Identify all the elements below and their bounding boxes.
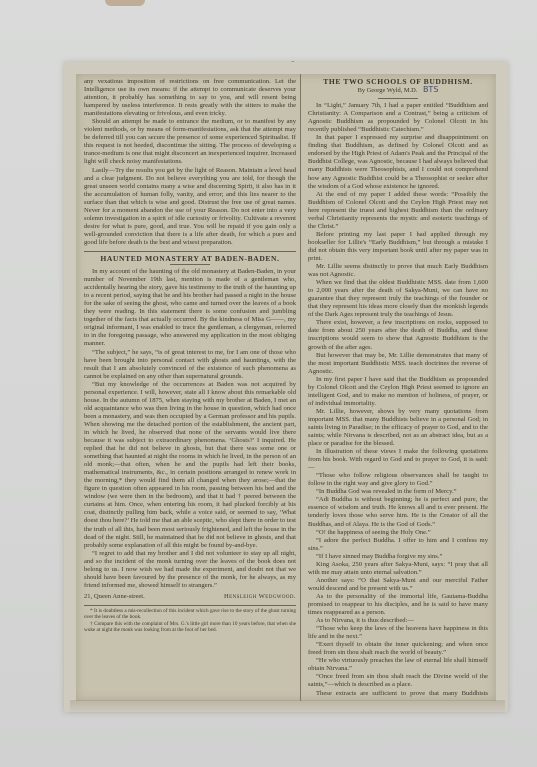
headline-rule [170,264,210,265]
article-paragraph: There exist, however, a few inscriptions… [308,319,488,351]
article-paragraph: In illustration of these views I make th… [308,448,488,472]
continued-paragraph: any vexatious imposition of restrictions… [84,78,296,118]
article-paragraph: In my account of the haunting of the old… [84,268,296,348]
article-paragraph: “The subject,” he says, “is of great int… [84,349,296,381]
continued-paragraph: Lastly—Try the results you get by the li… [84,167,296,247]
column-rule [300,74,301,701]
right-column: THE TWO SCHOOLS OF BUDDHISM. By George W… [308,78,488,697]
article-paragraph: At the end of my paper I added these wor… [308,191,488,231]
quotation: “Those who keep the laws of the heavens … [308,625,488,641]
headline-rule [378,98,418,99]
article-paragraph: Mr. Lillie, however, shows by very many … [308,408,488,448]
newspaper-clipping: any vexatious imposition of restrictions… [76,74,496,701]
quotation: “Adi Buddha is without beginning; he is … [308,496,488,528]
byline-author: By George Wyld, M.D. [358,87,418,94]
quotation: “He who virtuously preaches the law of e… [308,657,488,673]
article-paragraph: In that paper I expressed my surprise an… [308,134,488,190]
article-paragraph: These extracts are sufficient to prove t… [308,690,488,697]
quotation: “If I have sinned may Buddha forgive my … [308,553,488,561]
article-paragraph: Another says: “O that Sakya-Muni and our… [308,577,488,593]
quotation: “In Buddha God was revealed in the form … [308,488,488,496]
signature-address: 21, Queen Anne-street. [84,593,145,601]
handwritten-annotation: BTS [423,85,438,94]
quotation: “Those who follow religious observances … [308,472,488,488]
quotation: “Exert thyself to obtain the inner quick… [308,641,488,657]
article-paragraph: As to Nirvana, it is thus described:— [308,617,488,625]
article-paragraph: Mr. Lillie seems distinctly to prove tha… [308,263,488,279]
footnote: † Compare this with the complaint of Mrs… [84,621,296,634]
article-byline: By George Wyld, M.D. BTS [308,86,488,95]
footnote: * It is doubtless a mis-recollection of … [84,608,296,621]
quotation: “I adore the perfect Buddha. I offer to … [308,537,488,553]
clipping-shadow [70,700,505,714]
left-column: any vexatious imposition of restrictions… [84,78,296,697]
quotation: “O! the happiness of seeing the Holy One… [308,529,488,537]
signature-author: Hensleigh Wedgwood. [224,593,296,601]
article-headline-buddhism: THE TWO SCHOOLS OF BUDDHISM. [308,78,488,86]
section-divider [84,251,296,252]
article-headline-haunted-monastery: HAUNTED MONASTERY AT BADEN-BADEN. [84,255,296,263]
article-paragraph: “I regret to add that my brother and I d… [84,550,296,590]
article-paragraph: King Asoka, 250 years after Sakya-Muni, … [308,561,488,577]
article-paragraph: “But my knowledge of the occurrences at … [84,381,296,550]
footnotes: * It is doubtless a mis-recollection of … [84,605,296,634]
article-paragraph: But however that may be, Mr. Lillie demo… [308,352,488,376]
article-paragraph: As to the personality of the immortal li… [308,593,488,617]
article-paragraph: In my first paper I have said that the B… [308,376,488,408]
article-paragraph: When we find that the oldest Buddhistic … [308,279,488,319]
paper-stain [105,0,145,6]
article-paragraph: Before printing my last paper I had appl… [308,231,488,263]
article-signature: 21, Queen Anne-street. Hensleigh Wedgwoo… [84,593,296,601]
quotation: “Once freed from sin thou shalt reach th… [308,673,488,689]
continued-paragraph: Should an attempt be made to entrance th… [84,118,296,166]
article-paragraph: In “Light,” January 7th, I had a paper e… [308,102,488,134]
